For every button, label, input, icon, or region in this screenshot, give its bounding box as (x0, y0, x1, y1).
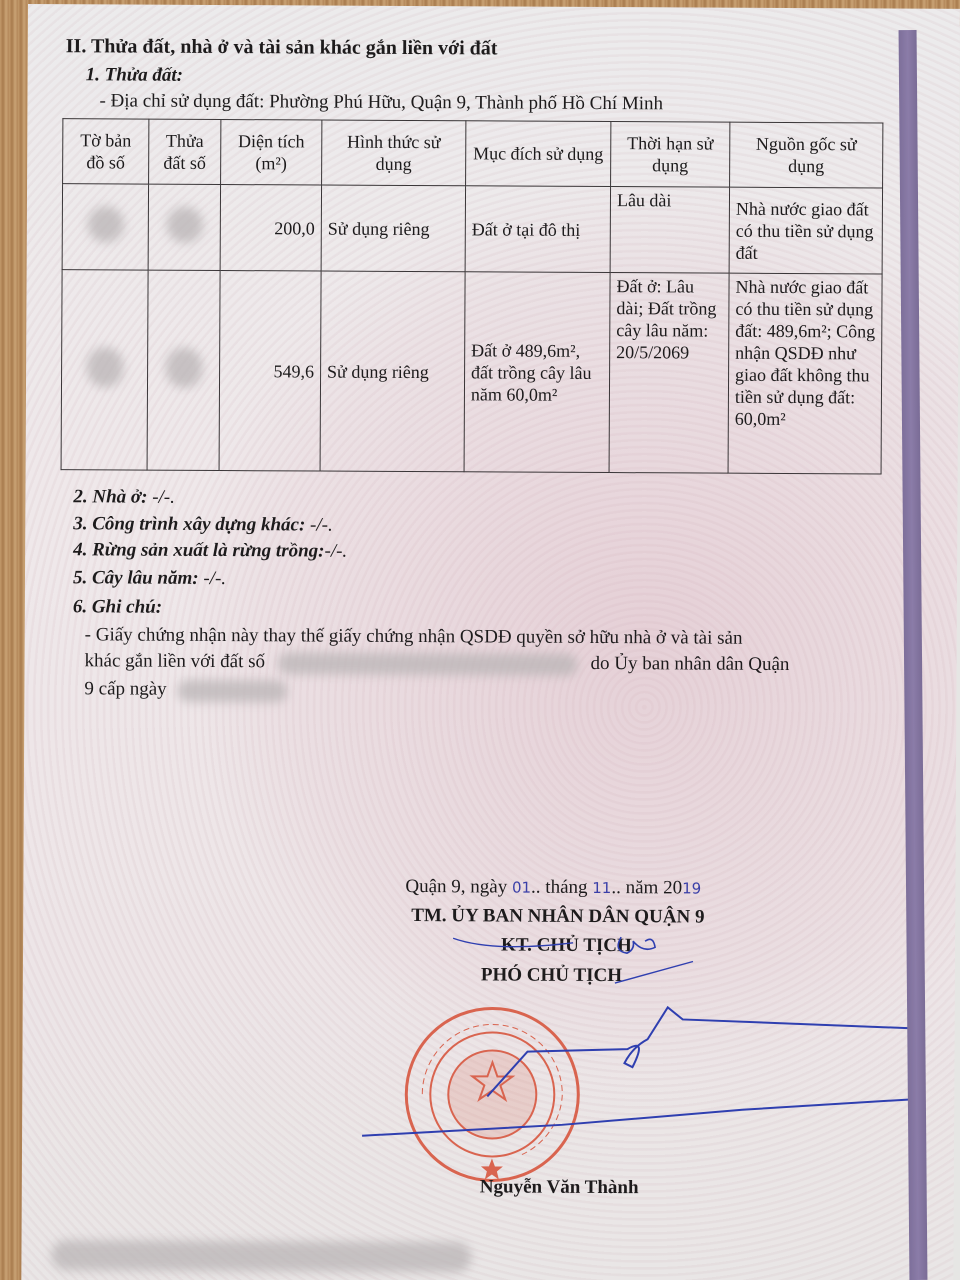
cell-area: 549,6 (219, 271, 321, 472)
item-production-forest: 4. Rừng sản xuất là rừng trồng:-/-. (73, 539, 347, 562)
handwritten-initials (613, 927, 733, 988)
cell-map-sheet-redacted (61, 270, 148, 470)
handwritten-year: 19 (682, 879, 701, 897)
signing-date: Quận 9, ngày 01.. tháng 11.. năm 2019 (405, 876, 701, 900)
signer-role-2: PHÓ CHỦ TỊCH (481, 964, 622, 987)
header-area: Diện tích (m²) (221, 120, 322, 186)
land-parcel-table: Tờ bản đồ số Thửa đất số Diện tích (m²) … (61, 118, 884, 474)
cell-parcel-no-redacted (148, 184, 220, 270)
cell-term: Đất ở: Lâu dài; Đất trồng cây lâu năm: 2… (609, 273, 729, 474)
bottom-text-redacted (51, 1240, 471, 1272)
cell-usage-form: Sử dụng riêng (321, 185, 465, 272)
item-notes-heading: 6. Ghi chú: (73, 596, 162, 618)
header-parcel-no: Thửa đất số (149, 119, 221, 184)
issuing-authority: TM. ỦY BAN NHÂN DÂN QUẬN 9 (411, 905, 704, 929)
cell-purpose: Đất ở tại đô thị (465, 186, 610, 273)
handwritten-day: 01 (512, 879, 531, 897)
note-line-2: khác gắn liền với đất số do Ủy ban nhân … (84, 650, 789, 676)
item-perennial-trees: 5. Cây lâu năm: -/-. (73, 567, 226, 590)
handwritten-signature (362, 996, 923, 1159)
header-purpose: Mục đích sử dụng (466, 121, 611, 187)
note-line-1: - Giấy chứng nhận này thay thế giấy chứn… (85, 624, 743, 649)
table-row: 200,0 Sử dụng riêng Đất ở tại đô thị Lâu… (62, 184, 882, 274)
handwritten-month: 11 (592, 879, 611, 897)
land-parcel-heading: 1. Thửa đất: (86, 64, 184, 87)
cell-purpose: Đất ở 489,6m², đất trồng cây lâu năm 60,… (464, 272, 610, 473)
cell-map-sheet-redacted (62, 184, 148, 270)
cell-term: Lâu dài (610, 187, 729, 274)
issue-date-redacted (177, 679, 287, 702)
header-usage-form: Hình thức sử dụng (322, 120, 466, 186)
table-row: 549,6 Sử dụng riêng Đất ở 489,6m², đất t… (61, 270, 882, 474)
header-map-sheet: Tờ bản đồ số (63, 119, 149, 184)
signer-name: Nguyễn Văn Thành (480, 1176, 639, 1199)
cell-usage-form: Sử dụng riêng (320, 271, 465, 472)
item-other-construction: 3. Công trình xây dựng khác: -/-. (73, 513, 333, 536)
header-term: Thời hạn sử dụng (611, 122, 730, 188)
table-header-row: Tờ bản đồ số Thửa đất số Diện tích (m²) … (63, 119, 883, 188)
cell-origin: Nhà nước giao đất có thu tiền sử dụng đấ… (728, 273, 882, 474)
item-house: 2. Nhà ở: -/-. (73, 486, 175, 509)
cell-origin: Nhà nước giao đất có thu tiền sử dụng đấ… (729, 187, 882, 274)
section-title: II. Thửa đất, nhà ở và tài sản khác gắn … (66, 35, 498, 60)
certificate-number-redacted (278, 652, 578, 676)
land-address: - Địa chỉ sử dụng đất: Phường Phú Hữu, Q… (99, 90, 663, 115)
header-origin: Nguồn gốc sử dụng (730, 122, 883, 188)
cell-area: 200,0 (220, 185, 321, 272)
cell-parcel-no-redacted (147, 270, 220, 470)
note-line-3: 9 cấp ngày (84, 678, 287, 702)
certificate-page: II. Thửa đất, nhà ở và tài sản khác gắn … (21, 4, 960, 1280)
